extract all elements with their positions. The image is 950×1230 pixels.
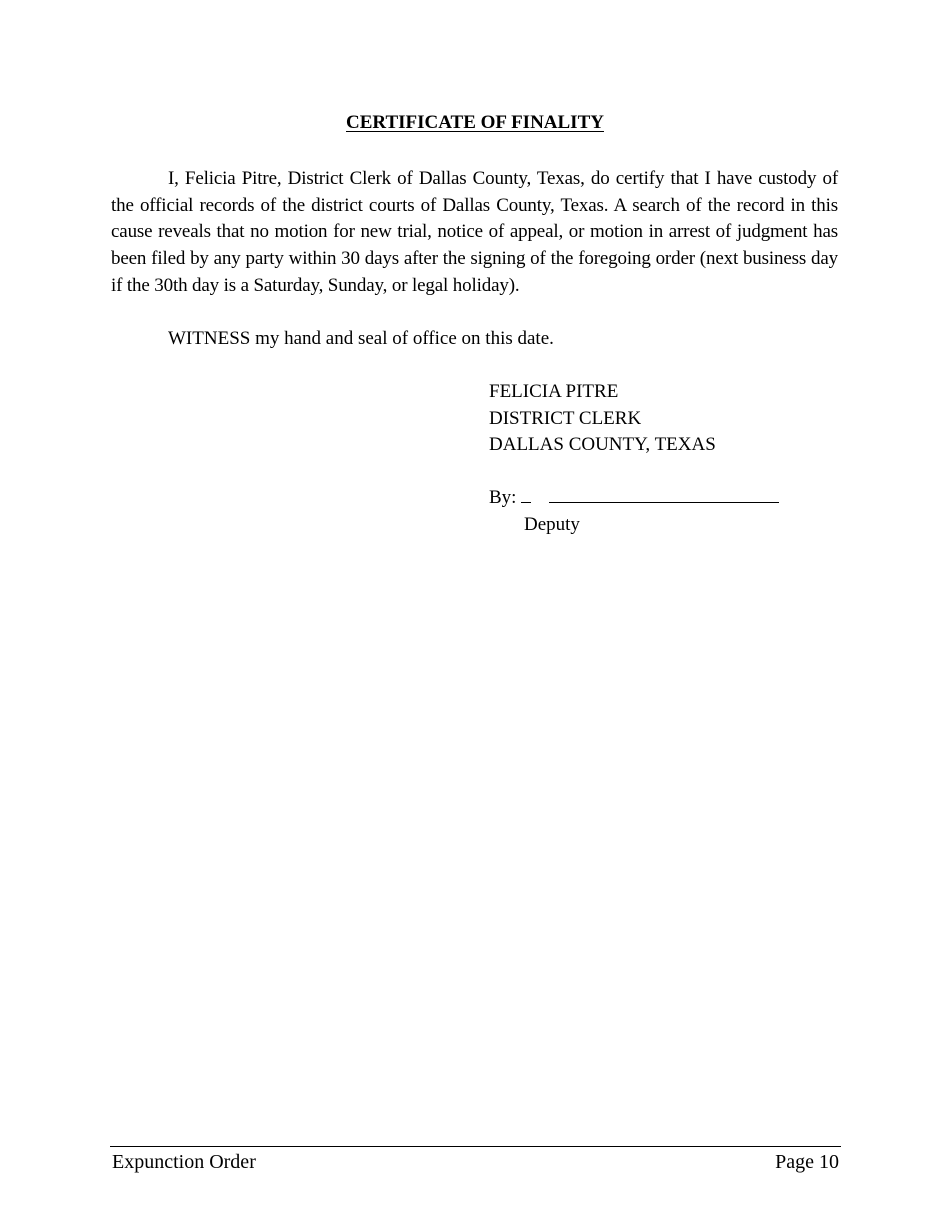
witness-statement: WITNESS my hand and seal of office on th… [168, 326, 554, 352]
footer-page-number: Page 10 [775, 1150, 839, 1174]
signature-blank-short [521, 486, 531, 503]
signature-block: FELICIA PITRE DISTRICT CLERK DALLAS COUN… [489, 379, 716, 459]
signature-line: By: [489, 485, 779, 511]
certificate-title: CERTIFICATE OF FINALITY [0, 112, 950, 134]
clerk-name: FELICIA PITRE [489, 379, 716, 406]
document-page: CERTIFICATE OF FINALITY I, Felicia Pitre… [0, 0, 950, 1230]
footer-divider [110, 1146, 841, 1147]
clerk-jurisdiction: DALLAS COUNTY, TEXAS [489, 432, 716, 459]
certification-paragraph: I, Felicia Pitre, District Clerk of Dall… [111, 166, 838, 300]
signature-blank [549, 486, 779, 503]
footer-document-name: Expunction Order [112, 1150, 256, 1174]
by-label: By: [489, 487, 516, 508]
signer-title: Deputy [524, 512, 580, 538]
clerk-office: DISTRICT CLERK [489, 406, 716, 433]
